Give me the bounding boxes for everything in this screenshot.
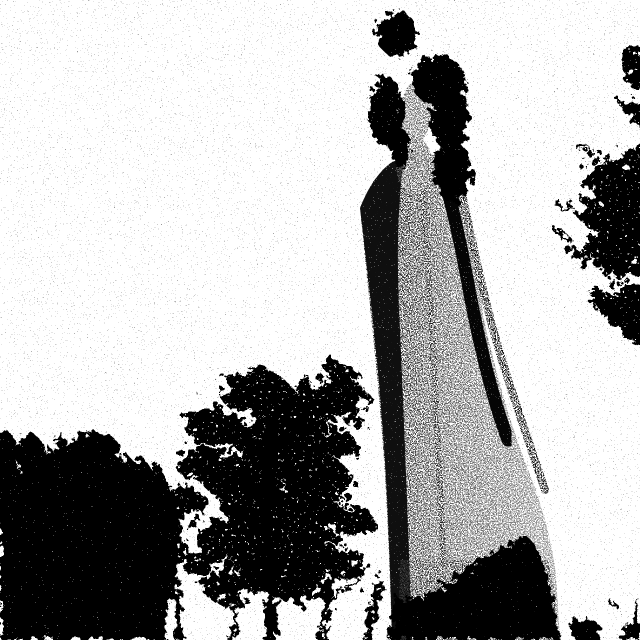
chin-shadow: [390, 128, 410, 168]
raised-hand: [434, 142, 472, 202]
eye-shadow: [430, 107, 446, 121]
photo-canvas: [0, 0, 640, 640]
head-top-blob: [377, 11, 417, 57]
screenshot-root: [0, 0, 640, 640]
